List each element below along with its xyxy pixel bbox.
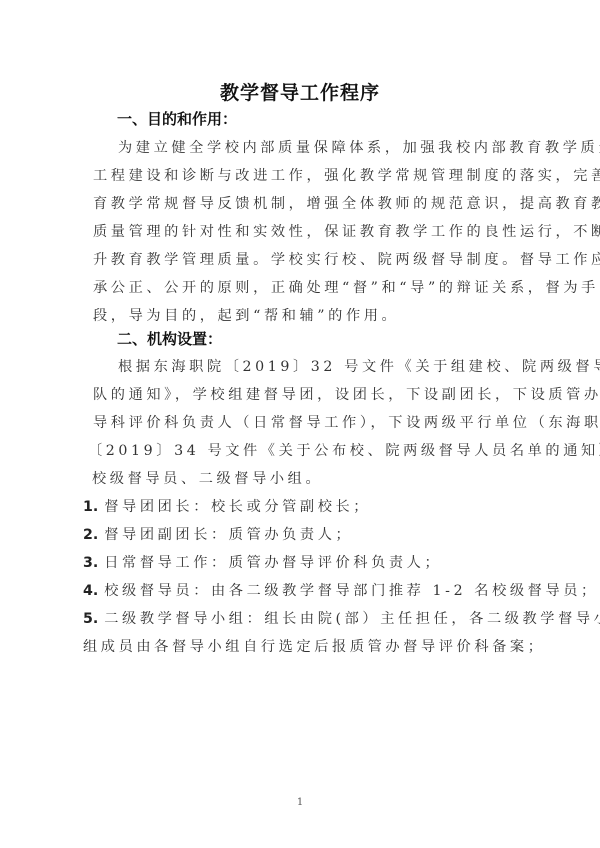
list-text: 校级督导员：由各二级教学督导部门推荐 1-2 名校级督导员；: [104, 583, 599, 599]
document-title: 教学督导工作程序: [0, 78, 600, 105]
paragraph-line: 〔2019〕34 号文件《关于公布校、院两级督导人员名单的通知》），: [88, 441, 600, 461]
paragraph-line: 为建立健全学校内部质量保障体系，加强我校内部教育教学质量: [118, 138, 600, 158]
section-heading-purpose: 一、目的和作用：: [117, 108, 237, 129]
list-number: 4.: [83, 583, 98, 599]
paragraph-line: 质量管理的针对性和实效性，保证教育教学工作的良性运行，不断提: [93, 222, 600, 242]
list-number: 2.: [83, 527, 98, 543]
page-number: 1: [0, 797, 600, 808]
list-text: 日常督导工作：质管办督导评价科负责人；: [104, 555, 442, 571]
paragraph-line: 升教育教学管理质量。学校实行校、院两级督导制度。督导工作应秉: [93, 250, 600, 270]
list-text: 督导团团长：校长或分管副校长；: [104, 499, 371, 515]
list-item-continuation: 组成员由各督导小组自行选定后报质管办督导评价科备案；: [83, 637, 545, 657]
list-number: 1.: [83, 499, 98, 515]
list-item: 3.日常督导工作：质管办督导评价科负责人；: [83, 553, 442, 573]
paragraph-line: 段，导为目的，起到“帮和辅”的作用。: [93, 306, 399, 326]
paragraph-line: 工程建设和诊断与改进工作，强化教学常规管理制度的落实，完善教: [93, 166, 600, 186]
list-item: 5.二级教学督导小组：组长由院(部）主任担任，各二级教学督导小: [83, 609, 600, 629]
list-item: 2.督导团副团长：质管办负责人；: [83, 525, 353, 545]
list-number: 3.: [83, 555, 98, 571]
list-text: 二级教学督导小组：组长由院(部）主任担任，各二级教学督导小: [104, 611, 600, 627]
paragraph-line: 队的通知》，学校组建督导团，设团长，下设副团长，下设质管办督: [93, 385, 600, 405]
section-heading-organization: 二、机构设置：: [117, 328, 222, 349]
paragraph-line: 承公正、公开的原则，正确处理“督”和“导”的辩证关系，督为手: [93, 278, 599, 298]
list-number: 5.: [83, 611, 98, 627]
paragraph-line: 育教学常规督导反馈机制，增强全体教师的规范意识，提高教育教学: [93, 194, 600, 214]
list-item: 4.校级督导员：由各二级教学督导部门推荐 1-2 名校级督导员；: [83, 581, 599, 601]
list-item: 1.督导团团长：校长或分管副校长；: [83, 497, 371, 517]
paragraph-line: 导科评价科负责人（日常督导工作），下设两级平行单位（东海职院: [93, 413, 600, 433]
list-text: 督导团副团长：质管办负责人；: [104, 527, 353, 543]
paragraph-line: 根据东海职院〔2019〕32 号文件《关于组建校、院两级督导团: [118, 357, 600, 377]
paragraph-line: 校级督导员、二级督导小组。: [92, 469, 323, 489]
document-page: 教学督导工作程序 一、目的和作用： 为建立健全学校内部质量保障体系，加强我校内部…: [0, 0, 600, 848]
